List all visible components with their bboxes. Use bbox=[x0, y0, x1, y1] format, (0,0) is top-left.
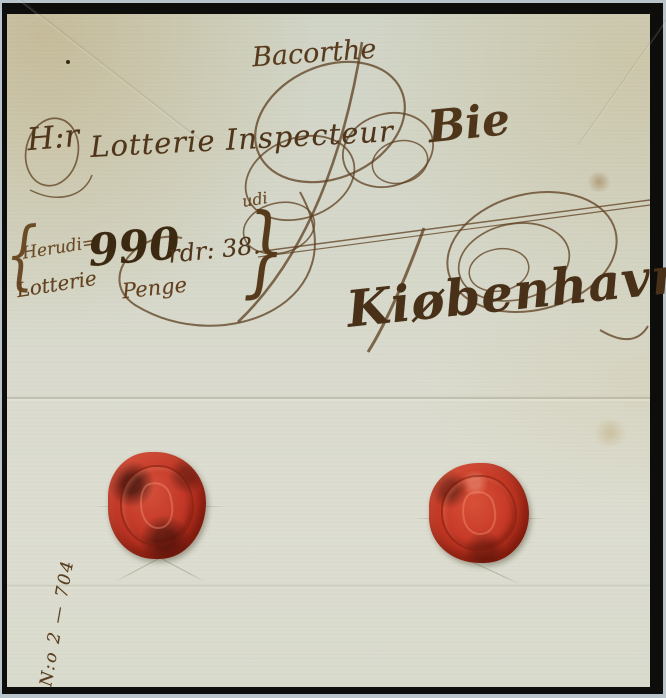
scanned-letter-cover: Bacorthe H:r Lotterie Inspecteur Bie udi… bbox=[0, 0, 666, 698]
letter-paper bbox=[7, 14, 650, 687]
address-honorific: H:r bbox=[26, 118, 81, 158]
right-wax-seal bbox=[429, 463, 529, 563]
address-recipient: Bie bbox=[426, 94, 513, 153]
contents-brace-close: } bbox=[243, 193, 285, 309]
left-wax-seal bbox=[108, 452, 206, 559]
